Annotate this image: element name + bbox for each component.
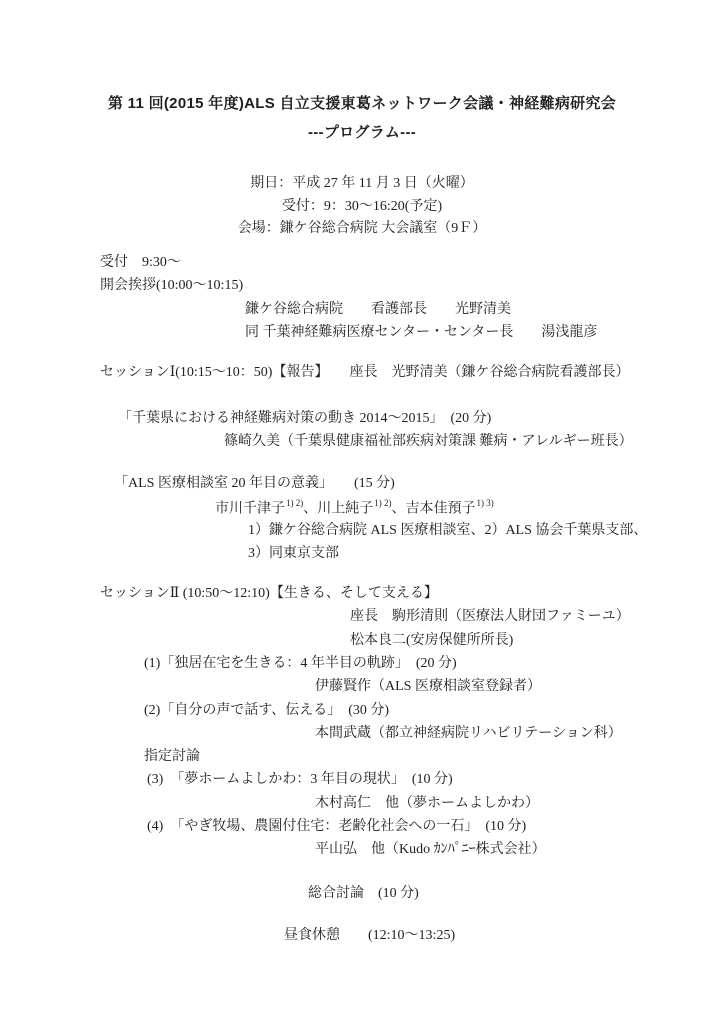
lunch-break-line: 昼食休憩 (12:10～13:25): [284, 928, 455, 944]
session2-item1-title: (1)「独居在宅を生きる：4 年半目の軌跡」 (20 分): [144, 656, 457, 672]
session1-talk2-title: 「ALS 医療相談室 20 年目の意義」 (15 分): [114, 476, 395, 492]
author-superscript: 1) 2): [286, 498, 303, 508]
author-superscript: 1) 3): [477, 498, 494, 508]
session2-item3-title: (3) 「夢ホームよしかわ：3 年目の現状」 (10 分): [147, 772, 453, 788]
session1-affiliation2: 3）同東京支部: [248, 546, 339, 562]
opening-greeter2: 同 千葉神経難病医療センター・センター長 湯浅龍彦: [245, 325, 597, 341]
opening-greeting-line: 開会挨拶(10:00～10:15): [100, 278, 243, 294]
document-title: 第 11 回(2015 年度)ALS 自立支援東葛ネットワーク会議・神経難病研究…: [0, 95, 724, 112]
session2-item2-title: (2)「自分の声で話す、伝える」 (30 分): [144, 703, 389, 719]
author-name: 市川千津子: [215, 502, 285, 517]
session2-heading: セッションⅡ (10:50～12:10)【生きる、そして支える】: [100, 586, 438, 602]
document-subtitle: ---プログラム---: [0, 124, 724, 141]
info-reception-line: 受付：9：30～16:20(予定): [0, 199, 724, 215]
session1-talk1-speaker: 篠崎久美（千葉県健康福祉部疾病対策課 難病・アレルギー班長）: [224, 434, 633, 450]
session2-chair1: 座長 駒形清則（医療法人財団ファミーユ）: [350, 609, 630, 625]
author-name: 吉本佳預子: [406, 502, 476, 517]
info-date-line: 期日：平成 27 年 11 月 3 日（火曜）: [0, 176, 724, 192]
session2-item1-speaker: 伊藤賢作（ALS 医療相談室登録者）: [315, 679, 541, 695]
session1-talk1-title: 「千葉県における神経難病対策の動き 2014～2015」 (20 分): [118, 411, 491, 427]
info-venue-line: 会場：鎌ケ谷総合病院 大会議室（9Ｆ）: [0, 221, 724, 237]
session2-chair2: 松本良二(安房保健所所長): [350, 633, 513, 649]
session2-item4-speaker: 平山弘 他（Kudo ｶﾝﾊﾟﾆｰ株式会社）: [315, 842, 546, 858]
session1-heading: セッションⅠ(10:15～10：50)【報告】 座長 光野清美（鎌ケ谷総合病院看…: [100, 365, 629, 381]
session1-talk2-authors: 市川千津子1) 2)、川上純子1) 2)、吉本佳預子1) 3): [215, 499, 494, 518]
opening-reception-line: 受付 9:30～: [100, 255, 181, 271]
program-page: 第 11 回(2015 年度)ALS 自立支援東葛ネットワーク会議・神経難病研究…: [0, 0, 724, 1024]
author-name: 川上純子: [317, 502, 373, 517]
session2-item4-title: (4) 「やぎ牧場、農園付住宅：老齢化社会への一石」 (10 分): [147, 819, 526, 835]
author-superscript: 1) 2): [374, 498, 391, 508]
session2-item3-speaker: 木村高仁 他（夢ホームよしかわ）: [315, 796, 539, 812]
general-discussion-line: 総合討論 (10 分): [308, 886, 419, 902]
session2-discussion-label: 指定討論: [144, 749, 200, 765]
opening-greeter1: 鎌ケ谷総合病院 看護部長 光野清美: [245, 302, 511, 318]
session2-item2-speaker: 本間武蔵（都立神経病院リハビリテーション科）: [315, 726, 622, 742]
author-separator: 、: [392, 502, 406, 517]
author-separator: 、: [303, 502, 317, 517]
session1-affiliation1: 1）鎌ケ谷総合病院 ALS 医療相談室、2）ALS 協会千葉県支部、: [248, 523, 647, 539]
